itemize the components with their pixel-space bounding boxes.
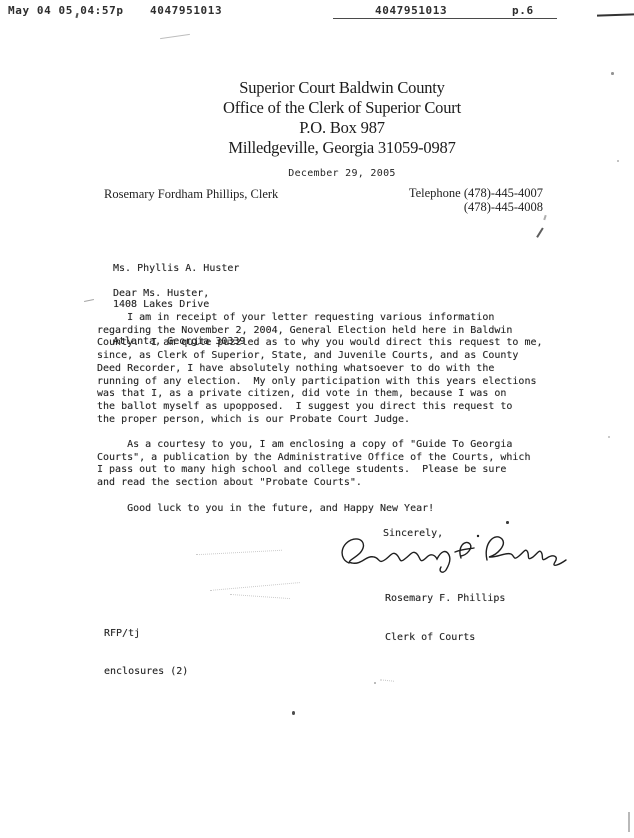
letter-body: I am in receipt of your letter requestin… [97, 312, 543, 515]
letterhead: Superior Court Baldwin County Office of … [25, 78, 634, 158]
clerk-name-line: Rosemary Fordham Phillips, Clerk [104, 187, 278, 202]
fax-header-edge-mark [597, 13, 634, 16]
telephone-line-2: (478)-445-4008 [409, 201, 543, 215]
scan-artifact-scribble [160, 34, 190, 39]
scan-artifact-edge-tick [628, 812, 630, 832]
letterhead-po-box: P.O. Box 987 [25, 118, 634, 138]
scan-artifact-pencil-smudge [230, 594, 290, 599]
letterhead-office-name: Office of the Clerk of Superior Court [25, 98, 634, 118]
salutation: Dear Ms. Huster, [113, 288, 209, 299]
fax-header-rule [333, 18, 557, 19]
signed-title: Clerk of Courts [385, 632, 505, 645]
scan-artifact-pencil-smudge [210, 582, 300, 591]
letterhead-court-name: Superior Court Baldwin County [25, 78, 634, 98]
scan-artifact-mark [84, 299, 94, 302]
scan-artifact-backslash [536, 227, 543, 237]
letter-date: December 29, 2005 [25, 168, 634, 179]
scan-artifact-dot [611, 72, 614, 75]
recipient-street: 1408 Lakes Drive [113, 299, 245, 311]
scan-artifact-pencil-smudge [196, 550, 282, 555]
reference-initials: RFP/tj [104, 628, 188, 641]
scan-artifact-pen-dot [506, 521, 509, 524]
enclosures-note: enclosures (2) [104, 666, 188, 679]
fax-timestamp: May 04 05 04:57p [8, 4, 124, 17]
recipient-name: Ms. Phyllis A. Huster [113, 263, 245, 275]
scan-artifact-apostrophe [543, 215, 546, 220]
telephone-line-1: Telephone (478)-445-4007 [409, 187, 543, 201]
fax-number-right: 4047951013 [375, 4, 447, 17]
scan-artifact-dot [617, 160, 619, 162]
signed-name: Rosemary F. Phillips [385, 593, 505, 606]
telephone-block: Telephone (478)-445-4007 (478)-445-4008 [409, 187, 543, 214]
scan-artifact-ink-dot [292, 711, 295, 715]
reference-block: RFP/tj enclosures (2) [104, 603, 188, 691]
signature-block: Rosemary F. Phillips Clerk of Courts [385, 568, 505, 657]
scan-artifact-dot [608, 436, 610, 438]
scan-artifact-dot [374, 682, 376, 684]
scan-artifact-dots [380, 679, 394, 681]
letterhead-city-state: Milledgeville, Georgia 31059-0987 [25, 138, 634, 158]
fax-page-number: p.6 [512, 4, 534, 17]
fax-number-left: 4047951013 [150, 4, 222, 17]
